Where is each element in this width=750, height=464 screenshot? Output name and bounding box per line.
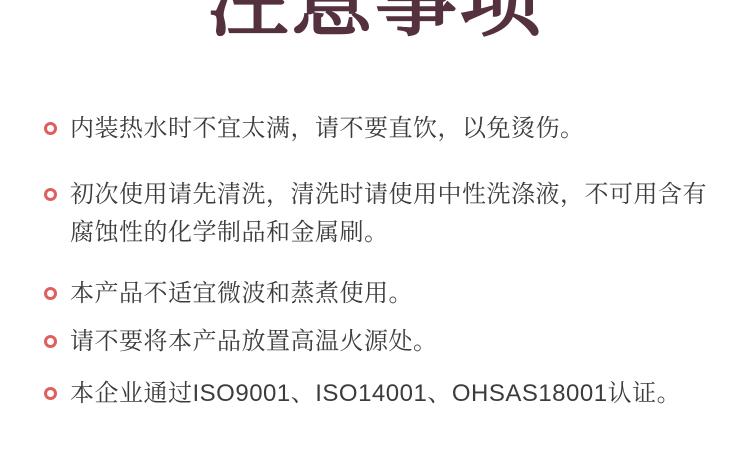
bullet-ring-icon [44,188,57,201]
list-item: 初次使用请先清洗，清洗时请使用中性洗涤液，不可用含有腐蚀性的化学制品和金属刷。 [44,176,720,252]
bullet-ring-icon [44,122,57,135]
list-item: 本企业通过ISO9001、ISO14001、OHSAS18001认证。 [44,375,720,413]
list-item-text: 初次使用请先清洗，清洗时请使用中性洗涤液，不可用含有腐蚀性的化学制品和金属刷。 [70,176,710,252]
list-item-text: 请不要将本产品放置高温火源处。 [70,323,438,361]
bullet-ring-icon [44,387,57,400]
list-item: 内装热水时不宜太满，请不要直饮，以免烫伤。 [44,110,720,148]
list-item-text: 内装热水时不宜太满，请不要直饮，以免烫伤。 [70,110,585,148]
list-item-text: 本企业通过ISO9001、ISO14001、OHSAS18001认证。 [70,375,681,413]
bullet-ring-icon [44,287,57,300]
bullet-ring-icon [44,335,57,348]
list-item: 请不要将本产品放置高温火源处。 [44,323,720,361]
list-item-text: 本产品不适宜微波和蒸煮使用。 [70,275,413,313]
list-item: 本产品不适宜微波和蒸煮使用。 [44,275,720,313]
precautions-list: 内装热水时不宜太满，请不要直饮，以免烫伤。 初次使用请先清洗，清洗时请使用中性洗… [44,0,720,413]
precautions-section: 注意事项 内装热水时不宜太满，请不要直饮，以免烫伤。 初次使用请先清洗，清洗时请… [0,0,750,464]
